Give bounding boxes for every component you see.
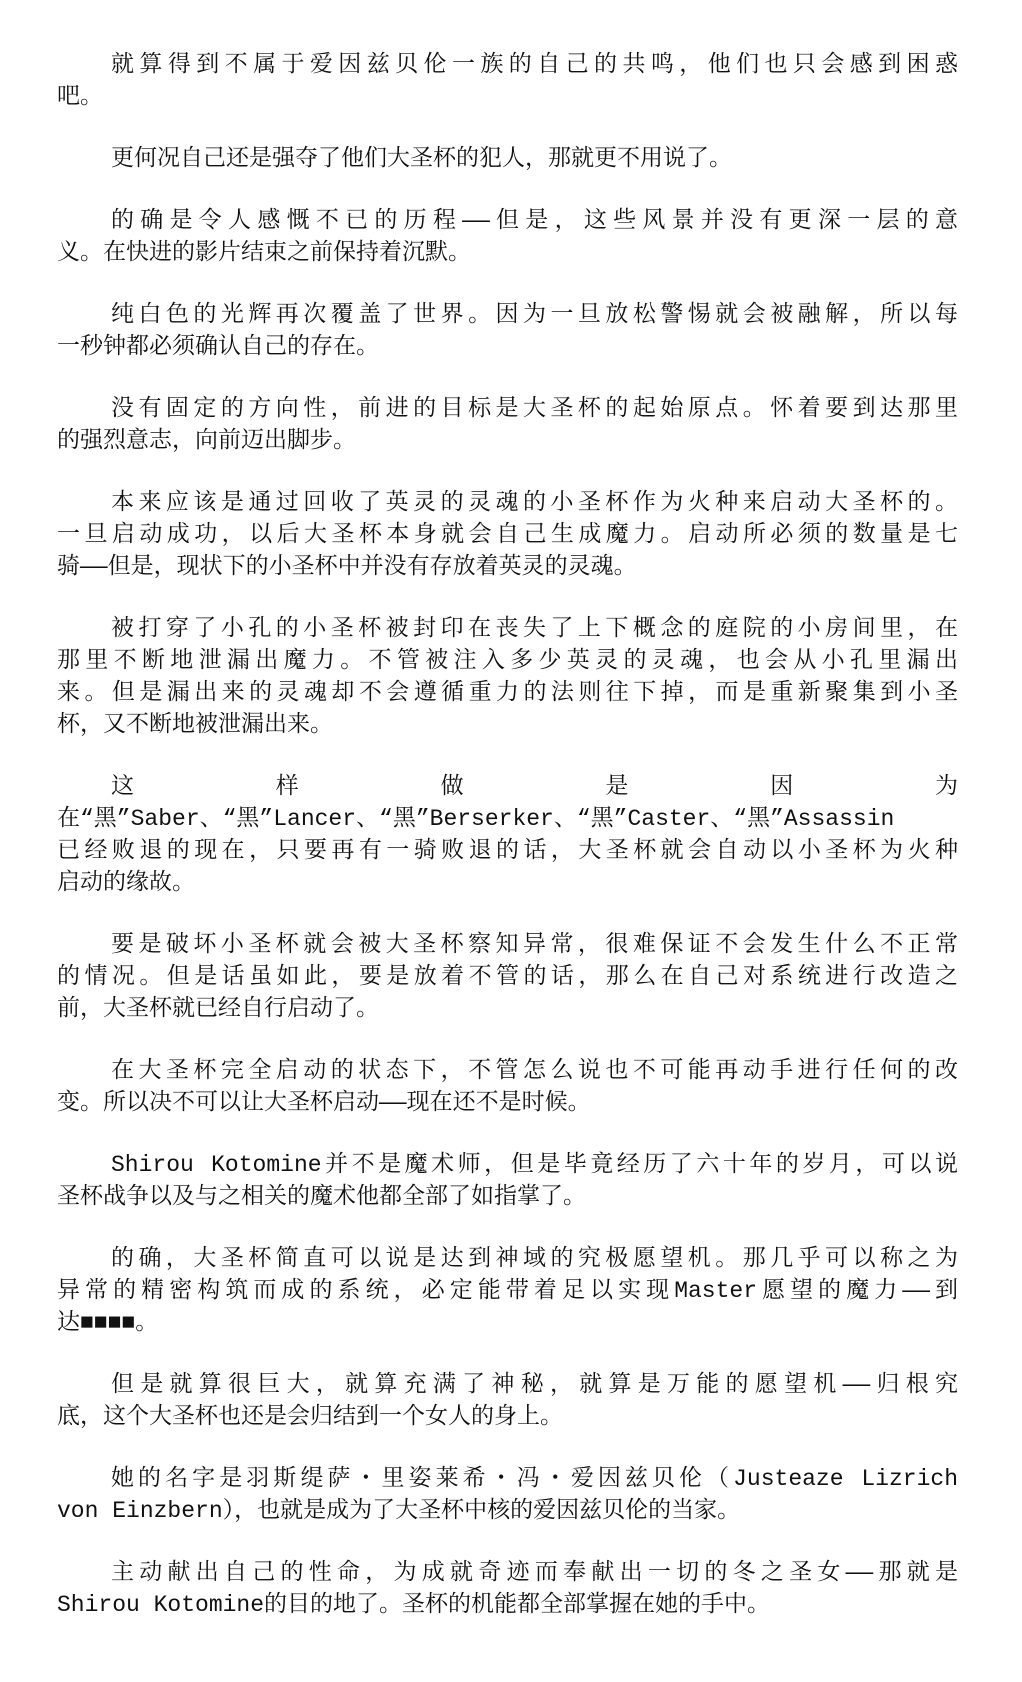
text-line: 的强烈意志，向前迈出脚步。 [57,425,958,457]
text-line: 前，大圣杯就已经自行启动了。 [57,993,958,1025]
text-line: 要是破坏小圣杯就会被大圣杯察知异常，很难保证不会发生什么不正常 [57,929,958,961]
text-line: Shirou Kotomine的目的地了。圣杯的机能都全部掌握在她的手中。 [57,1589,958,1621]
paragraph-6: 本来应该是通过回收了英灵的灵魂的小圣杯作为火种来启动大圣杯的。 一旦启动成功，以… [57,487,970,583]
text-line: 一旦启动成功，以后大圣杯本身就会自己生成魔力。启动所必须的数量是七 [57,519,958,551]
text-line: 被打穿了小孔的小圣杯被封印在丧失了上下概念的庭院的小房间里，在 [57,613,958,645]
paragraph-14: 她的名字是羽斯缇萨・里姿莱希・冯・爱因兹贝伦（Justeaze Lizrich … [57,1463,970,1527]
text-line: von Einzbern），也就是成为了大圣杯中核的爱因兹贝伦的当家。 [57,1495,958,1527]
text-line: 骑——但是，现状下的小圣杯中并没有存放着英灵的灵魂。 [57,551,958,583]
text-line: 已经败退的现在，只要再有一骑败退的话，大圣杯就会自动以小圣杯为火种 [57,835,958,867]
paragraph-12: 的确，大圣杯简直可以说是达到神域的究极愿望机。那几乎可以称之为 异常的精密构筑而… [57,1243,970,1339]
paragraph-4: 纯白色的光辉再次覆盖了世界。因为一旦放松警惕就会被融解，所以每 一秒钟都必须确认… [57,299,970,363]
text-line: Shirou Kotomine并不是魔术师，但是毕竟经历了六十年的岁月，可以说 [57,1149,958,1181]
paragraph-10: 在大圣杯完全启动的状态下，不管怎么说也不可能再动手进行任何的改 变。所以决不可以… [57,1055,970,1119]
text-line: 杯，又不断地被泄漏出来。 [57,709,958,741]
document-page: 就算得到不属于爱因兹贝伦一族的自己的共鸣，他们也只会感到困惑 吧。 更何况自己还… [57,49,970,1651]
text-line: 的确是令人感慨不已的历程——但是，这些风景并没有更深一层的意 [57,205,958,237]
text-line: 纯白色的光辉再次覆盖了世界。因为一旦放松警惕就会被融解，所以每 [57,299,958,331]
text-line: 义。在快进的影片结束之前保持着沉默。 [57,237,958,269]
text-line: 来。但是漏出来的灵魂却不会遵循重力的法则往下掉，而是重新聚集到小圣 [57,677,958,709]
paragraph-15: 主动献出自己的性命，为成就奇迹而奉献出一切的冬之圣女——那就是 Shirou K… [57,1557,970,1621]
text-line: 主动献出自己的性命，为成就奇迹而奉献出一切的冬之圣女——那就是 [57,1557,958,1589]
text-line: 没有固定的方向性，前进的目标是大圣杯的起始原点。怀着要到达那里 [57,393,958,425]
paragraph-3: 的确是令人感慨不已的历程——但是，这些风景并没有更深一层的意 义。在快进的影片结… [57,205,970,269]
text-line: 异常的精密构筑而成的系统，必定能带着足以实现Master愿望的魔力——到 [57,1275,958,1307]
text-line: 变。所以决不可以让大圣杯启动——现在还不是时候。 [57,1087,958,1119]
paragraph-11: Shirou Kotomine并不是魔术师，但是毕竟经历了六十年的岁月，可以说 … [57,1149,970,1213]
text-line: 的情况。但是话虽如此，要是放着不管的话，那么在自己对系统进行改造之 [57,961,958,993]
paragraph-8: 这 样 做 是 因 为 在“黑”Saber、“黑”Lancer、“黑”Berse… [57,771,970,899]
text-line: 更何况自己还是强夺了他们大圣杯的犯人，那就更不用说了。 [57,143,958,175]
paragraph-7: 被打穿了小孔的小圣杯被封印在丧失了上下概念的庭院的小房间里，在 那里不断地泄漏出… [57,613,970,741]
text-line: 吧。 [57,81,958,113]
paragraph-1: 就算得到不属于爱因兹贝伦一族的自己的共鸣，他们也只会感到困惑 吧。 [57,49,970,113]
text-line: 她的名字是羽斯缇萨・里姿莱希・冯・爱因兹贝伦（Justeaze Lizrich [57,1463,958,1495]
text-line: 就算得到不属于爱因兹贝伦一族的自己的共鸣，他们也只会感到困惑 [57,49,958,81]
text-line: 启动的缘故。 [57,867,958,899]
text-line: 圣杯战争以及与之相关的魔术他都全部了如指掌了。 [57,1181,958,1213]
text-line: 本来应该是通过回收了英灵的灵魂的小圣杯作为火种来启动大圣杯的。 [57,487,958,519]
text-line: 一秒钟都必须确认自己的存在。 [57,331,958,363]
text-line: 但是就算很巨大，就算充满了神秘，就算是万能的愿望机——归根究 [57,1369,958,1401]
text-line: 底，这个大圣杯也还是会归结到一个女人的身上。 [57,1401,958,1433]
text-line: 那里不断地泄漏出魔力。不管被注入多少英灵的灵魂，也会从小孔里漏出 [57,645,958,677]
text-line: 的确，大圣杯简直可以说是达到神域的究极愿望机。那几乎可以称之为 [57,1243,958,1275]
text-line: 在大圣杯完全启动的状态下，不管怎么说也不可能再动手进行任何的改 [57,1055,958,1087]
paragraph-2: 更何况自己还是强夺了他们大圣杯的犯人，那就更不用说了。 [57,143,970,175]
text-line-spread: 这 样 做 是 因 为 [57,771,958,803]
paragraph-9: 要是破坏小圣杯就会被大圣杯察知异常，很难保证不会发生什么不正常 的情况。但是话虽… [57,929,970,1025]
text-line: 达■■■■。 [57,1307,958,1339]
paragraph-13: 但是就算很巨大，就算充满了神秘，就算是万能的愿望机——归根究 底，这个大圣杯也还… [57,1369,970,1433]
paragraph-5: 没有固定的方向性，前进的目标是大圣杯的起始原点。怀着要到达那里 的强烈意志，向前… [57,393,970,457]
text-line-overflow: 在“黑”Saber、“黑”Lancer、“黑”Berserker、“黑”Cast… [57,803,970,835]
